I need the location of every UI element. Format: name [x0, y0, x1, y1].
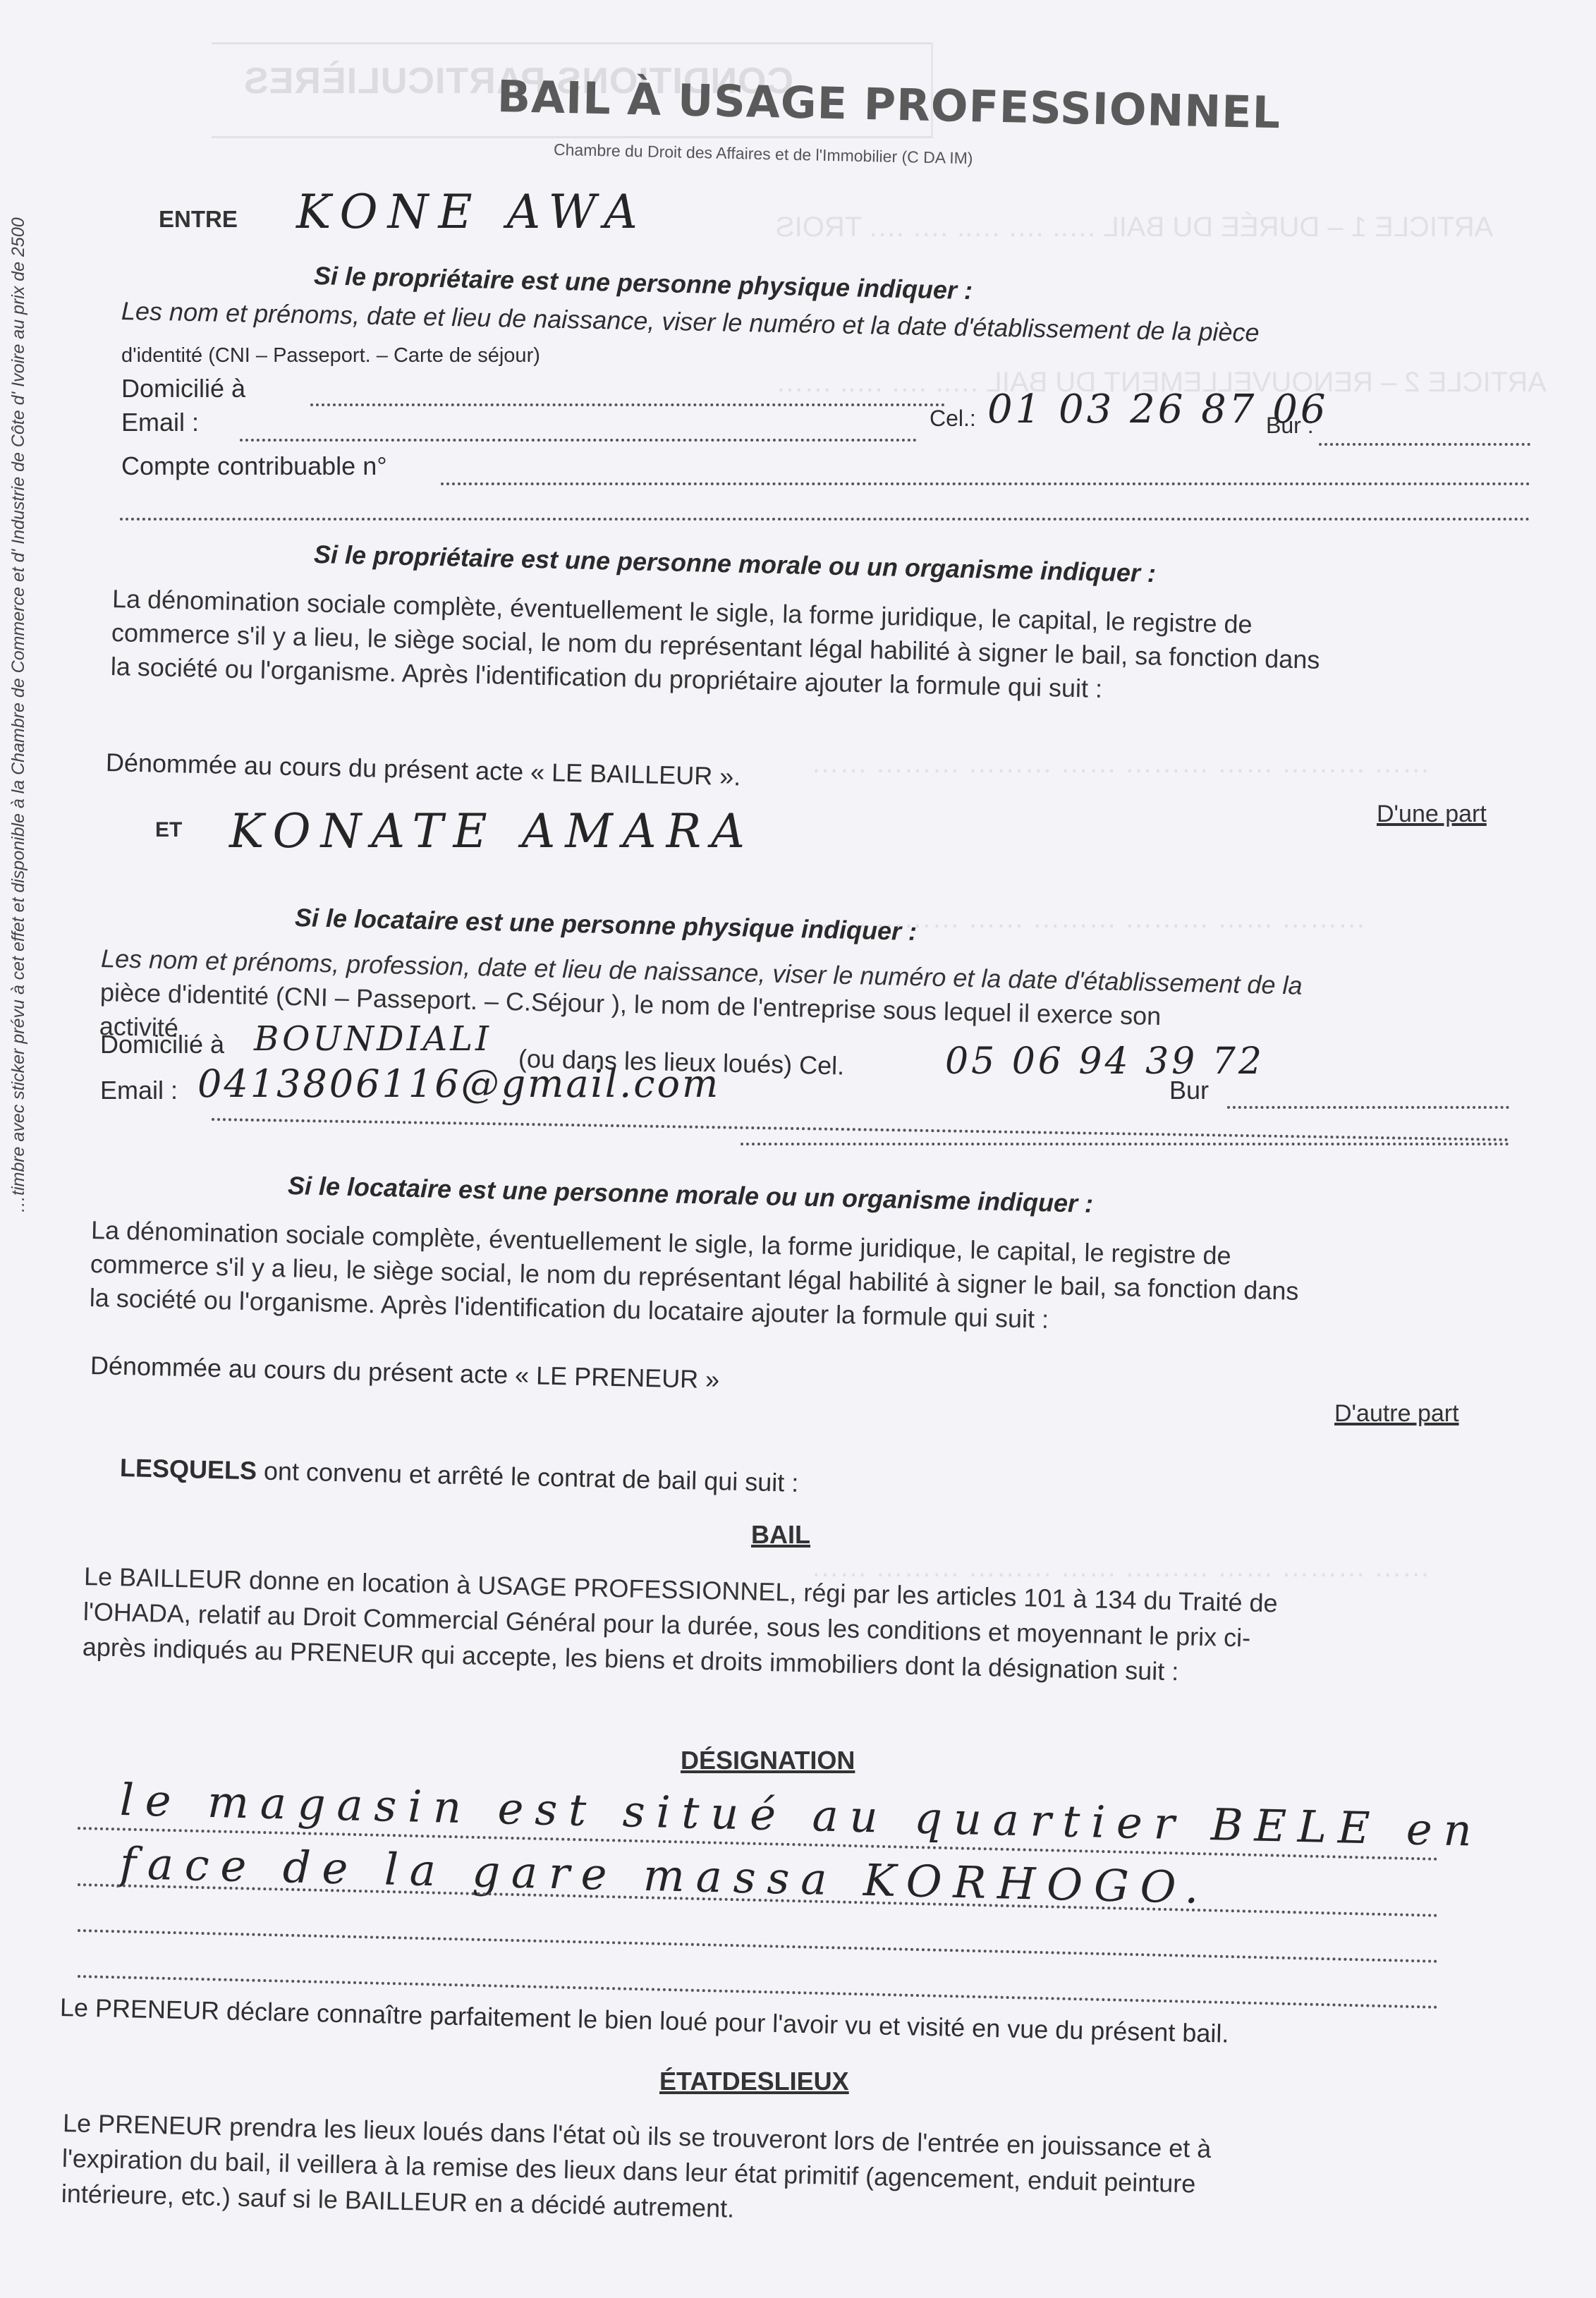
bailleur-morale-heading: Si le propriétaire est une personne mora…: [314, 540, 1157, 588]
bailleur-compte-label: Compte contribuable n°: [121, 451, 387, 481]
preneur-name-handwritten[interactable]: KONATE AMARA: [229, 804, 755, 858]
preneur-part-label: D'autre part: [1334, 1400, 1459, 1428]
lease-document-page: CONDITIONS PARTICULIÈRES ARTICLE 1 – DUR…: [0, 0, 1596, 2298]
designation-heading: DÉSIGNATION: [681, 1746, 855, 1775]
preneur-morale-instructions: La dénomination sociale complète, éventu…: [89, 1213, 1537, 1347]
preneur-cel-handwritten[interactable]: 05 06 94 39 72: [945, 1040, 1265, 1083]
designation-declaration: Le PRENEUR déclare connaître parfaitemen…: [60, 1993, 1229, 2049]
entre-label: ENTRE: [159, 206, 238, 233]
etat-des-lieux-heading: ÉTATDESLIEUX: [659, 2067, 849, 2096]
preneur-bur-label: Bur: [1169, 1076, 1209, 1105]
bailleur-physique-instructions-1: Les nom et prénoms, date et lieu de nais…: [121, 296, 1260, 348]
side-stamp-note: …timbre avec sticker prévu à cet effet e…: [8, 217, 29, 1213]
document-subtitle: Chambre du Droit des Affaires et de l'Im…: [554, 140, 973, 168]
et-label: ET: [155, 818, 182, 842]
designation-line-3[interactable]: [78, 1929, 1439, 1963]
preneur-email-handwritten[interactable]: 0413806116@gmail.com: [197, 1062, 720, 1106]
bailleur-morale-instructions: La dénomination sociale complète, éventu…: [110, 582, 1551, 716]
bailleur-email-label: Email :: [121, 408, 199, 437]
preneur-domicile-label: Domicilié à: [100, 1030, 224, 1059]
lesquels-sentence: LESQUELS ont convenu et arrêté le contra…: [120, 1453, 799, 1498]
preneur-domicile-handwritten[interactable]: BOUNDIALI: [254, 1019, 492, 1059]
bailleur-extra-line[interactable]: [120, 518, 1530, 521]
bailleur-denommee: Dénommée au cours du présent acte « LE B…: [106, 748, 741, 791]
bailleur-bur-field[interactable]: [1319, 443, 1530, 446]
preneur-denommee: Dénommée au cours du présent acte « LE P…: [90, 1351, 720, 1394]
bailleur-compte-field[interactable]: [441, 482, 1530, 485]
preneur-extra-line[interactable]: [741, 1143, 1509, 1145]
bailleur-domicile-label: Domicilié à: [121, 374, 245, 403]
bailleur-domicile-field[interactable]: [310, 403, 945, 406]
bailleur-physique-instructions-2: d'identité (CNI – Passeport. – Carte de …: [121, 344, 540, 367]
bailleur-part-label: D'une part: [1377, 801, 1487, 828]
preneur-email-label: Email :: [100, 1076, 178, 1105]
etat-des-lieux-paragraph: Le PRENEUR prendra les lieux loués dans …: [61, 2105, 1509, 2244]
bailleur-bur-label: Bur :: [1266, 413, 1314, 439]
bailleur-name-handwritten[interactable]: KONE AWA: [296, 185, 647, 239]
preneur-bur-field[interactable]: [1227, 1106, 1509, 1109]
preneur-morale-heading: Si le locataire est une personne morale …: [288, 1171, 1094, 1219]
preneur-email-field[interactable]: [212, 1118, 1509, 1141]
bailleur-email-field[interactable]: [240, 439, 917, 442]
bail-heading: BAIL: [751, 1520, 810, 1550]
bailleur-cel-label: Cel.:: [930, 406, 976, 432]
bailleur-physique-heading: Si le propriétaire est une personne phys…: [314, 261, 973, 305]
